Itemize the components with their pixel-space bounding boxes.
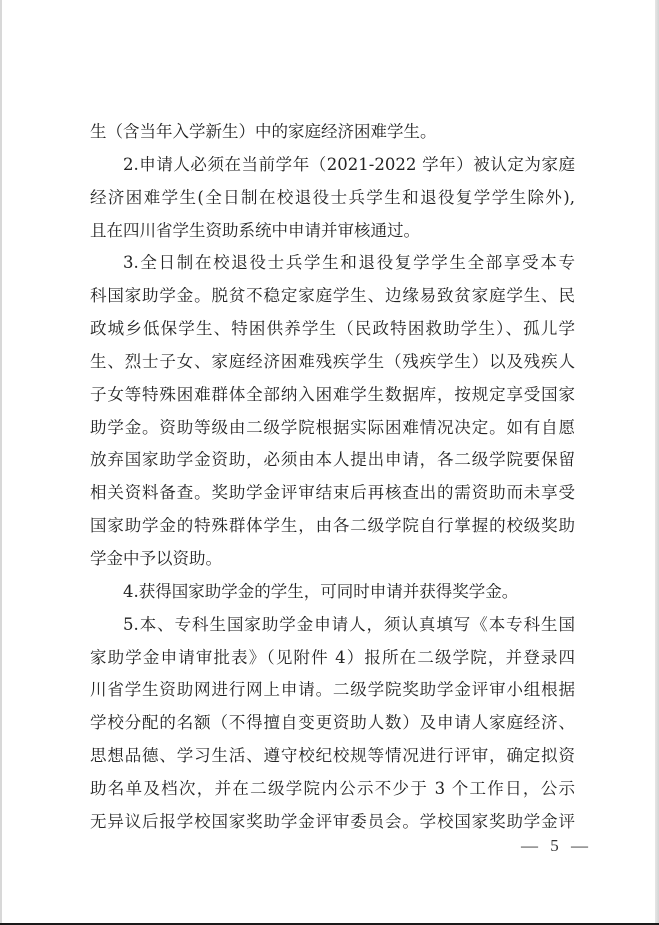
text-line: 思想品德、学习生活、遵守校纪校规等情况进行评审，确定拟资: [90, 740, 575, 773]
page-edge-left: [0, 0, 2, 925]
text-line: 放弃国家助学金资助，必须由本人提出申请，各二级学院要保留: [90, 444, 575, 477]
text-line: 生、烈士子女、家庭经济困难残疾学生（残疾学生）以及残疾人: [90, 346, 575, 379]
text-line: 无异议后报学校国家奖助学金评审委员会。学校国家奖助学金评: [90, 806, 575, 839]
text-line: 国家助学金的特殊群体学生，由各二级学院自行掌握的校级奖助: [90, 510, 575, 543]
text-line: 川省学生资助网进行网上申请。二级学院奖助学金评审小组根据: [90, 674, 575, 707]
text-line: 政城乡低保学生、特困供养学生（民政特困救助学生）、孤儿学: [90, 313, 575, 346]
text-line: 子女等特殊困难群体全部纳入困难学生数据库，按规定享受国家: [90, 379, 575, 412]
text-line: 5.本、专科生国家助学金申请人，须认真填写《本专科生国: [90, 609, 575, 642]
scrollbar-track[interactable]: [655, 0, 659, 925]
text-line: 助名单及档次，并在二级学院内公示不少于 3 个工作日，公示: [90, 773, 575, 806]
document-body: 生（含当年入学新生）中的家庭经济困难学生。2.申请人必须在当前学年（2021-2…: [90, 116, 575, 839]
text-line: 家助学金申请审批表》（见附件 4）报所在二级学院，并登录四: [90, 642, 575, 675]
text-line: 经济困难学生(全日制在校退役士兵学生和退役复学学生除外),: [90, 182, 575, 215]
text-line: 3.全日制在校退役士兵学生和退役复学学生全部享受本专: [90, 247, 575, 280]
text-line: 助学金。资助等级由二级学院根据实际困难情况决定。如有自愿: [90, 412, 575, 445]
text-line: 学金中予以资助。: [90, 543, 575, 576]
text-line: 2.申请人必须在当前学年（2021-2022 学年）被认定为家庭: [90, 149, 575, 182]
text-line: 相关资料备查。奖助学金评审结束后再核查出的需资助而未享受: [90, 477, 575, 510]
text-line: 4.获得国家助学金的学生，可同时申请并获得奖学金。: [90, 576, 575, 609]
text-line: 且在四川省学生资助系统中申请并审核通过。: [90, 215, 575, 248]
document-page: 生（含当年入学新生）中的家庭经济困难学生。2.申请人必须在当前学年（2021-2…: [0, 0, 659, 925]
page-number: — 5 —: [521, 836, 592, 856]
text-line: 科国家助学金。脱贫不稳定家庭学生、边缘易致贫家庭学生、民: [90, 280, 575, 313]
text-line: 生（含当年入学新生）中的家庭经济困难学生。: [90, 116, 575, 149]
text-line: 学校分配的名额（不得擅自变更资助人数）及申请人家庭经济、: [90, 707, 575, 740]
